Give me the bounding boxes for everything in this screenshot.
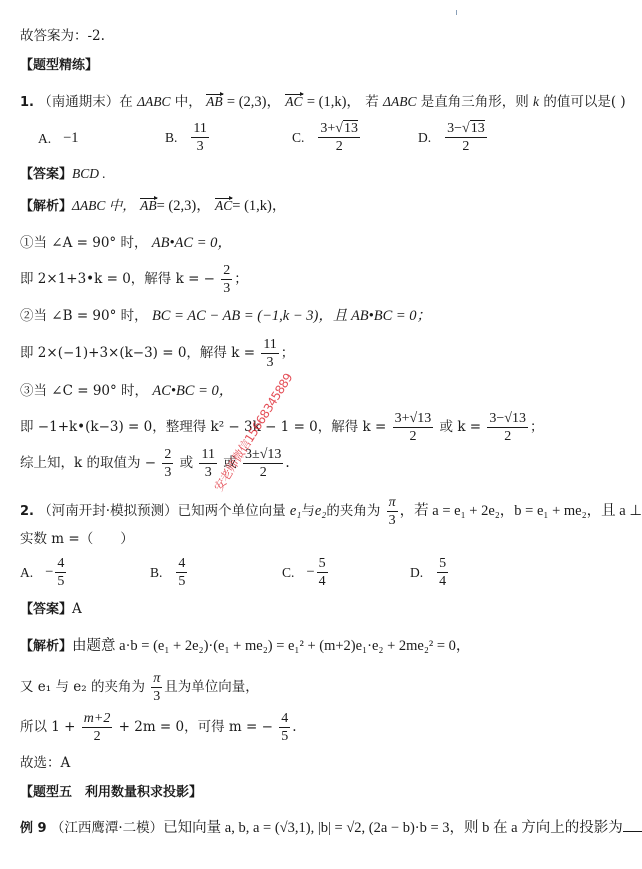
fraction: 3+√13 2 [318,120,360,155]
section-5-title: 【题型五 利用数量积求投影】 [20,784,202,802]
problem-number: 1. [20,95,34,110]
problem-2-conclusion: 故选：A [20,754,70,772]
problem-2-stem: 2. （河南开封·模拟预测）已知两个单位向量 e₁与e₂的夹角为 π3，若 a … [20,494,642,529]
problem-2-option-a: A. − 45 [20,555,68,590]
problem-source: （河南开封·模拟预测） [38,503,177,519]
problem-1-stem: 1. （南通期末）在 ΔABC 中， AB = (2,3)， AC = (1,k… [20,93,626,112]
problem-2-stem-line2: 实数 m =（ ） [20,530,134,548]
vector-ac: AC [285,93,302,111]
case-3-condition: ③当 ∠C = 90° 时， AC•BC = 0， [20,382,233,400]
problem-1-analysis-intro: 【解析】ΔABC 中， AB= (2,3)， AC= (1,k)， [20,197,286,216]
problem-1-option-b: B. 11 3 [165,120,211,155]
problem-2-option-d: D. 54 [410,555,450,590]
case-1-solution: 即 2×1+3•k = 0，解得 k = − 23； [20,262,248,297]
fraction: 3−√13 2 [445,120,487,155]
problem-1-option-d: D. 3−√13 2 [418,120,489,155]
problem-number: 2. [20,504,34,519]
problem-2-analysis-line3: 所以 1 + m+22 + 2m = 0，可得 m = − 45. [20,710,297,745]
case-2-condition: ②当 ∠B = 90° 时， BC = AC − AB = (−1,k − 3)… [20,307,431,325]
example-9: 例 9 （江西鹰潭·二模）已知向量 a, b, a = (√3,1), |b| … [20,818,642,838]
document-page: 故答案为：-2. 【题型精练】 1. （南通期末）在 ΔABC 中， AB = … [0,0,642,869]
problem-source: （南通期末） [38,94,119,110]
problem-2-option-c: C. − 54 [282,555,330,590]
answer-blank[interactable] [623,818,642,832]
problem-1-option-c: C. 3+√13 2 [292,120,362,155]
case-1-condition: ①当 ∠A = 90° 时， AB•AC = 0， [20,234,232,252]
example-source: （江西鹰潭·二模） [51,820,163,836]
example-label: 例 9 [20,821,47,836]
problem-2-analysis-line1: 【解析】由题意 a·b = (e₁ + 2e₂)·(e₁ + me₂) = e₁… [20,637,470,656]
fraction: 11 3 [191,120,208,155]
case-3-solution: 即 −1+k•(k−3) = 0，整理得 k² − 3k − 1 = 0，解得 … [20,410,544,445]
problem-1-answer: 【答案】BCD . [20,165,106,184]
problem-1-option-a: A. −1 [38,130,79,147]
previous-answer-conclusion: 故答案为：-2. [20,27,105,45]
case-2-solution: 即 2×(−1)+3×(k−3) = 0，解得 k = 113； [20,336,294,371]
problem-2-answer: 【答案】A [20,600,82,619]
page-mark [456,10,457,15]
problem-2-option-b: B. 45 [150,555,189,590]
problem-2-analysis-line2: 又 e₁ 与 e₂ 的夹角为 π3且为单位向量， [20,670,259,705]
section-practice-title: 【题型精练】 [20,57,98,75]
vector-ab: AB [206,93,223,111]
